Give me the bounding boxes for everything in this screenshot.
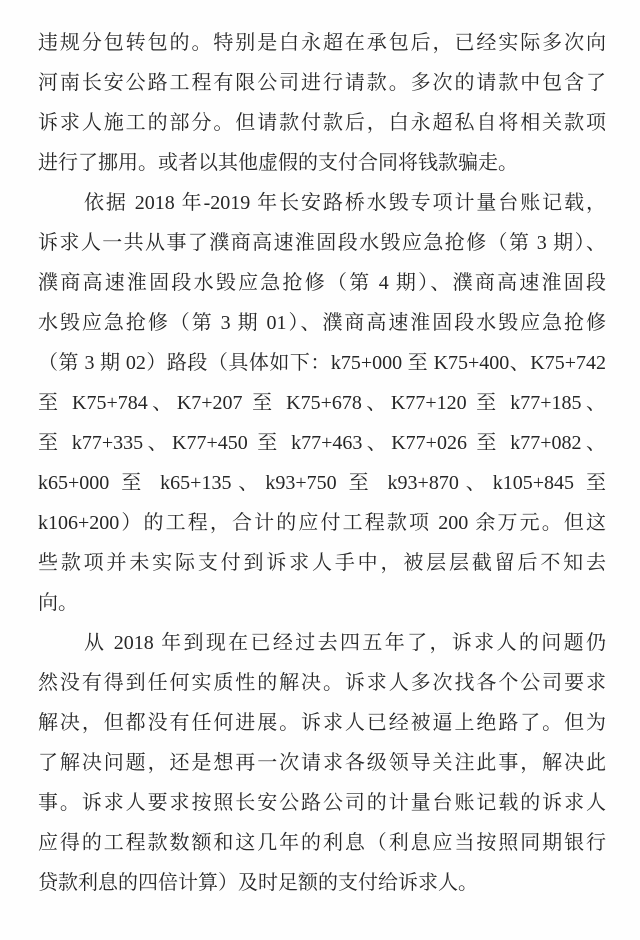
document-line: 诉求人一共从事了濮商高速淮固段水毁应急抢修（第 3 期）、	[38, 223, 606, 263]
paragraph: 违规分包转包的。特别是白永超在承包后，已经实际多次向 河南长安公路工程有限公司进…	[38, 23, 606, 183]
document-line: 贷款利息的四倍计算）及时足额的支付给诉求人。	[38, 863, 606, 903]
document-page: 违规分包转包的。特别是白永超在承包后，已经实际多次向 河南长安公路工程有限公司进…	[0, 0, 640, 940]
document-line: 然没有得到任何实质性的解决。诉求人多次找各个公司要求	[38, 663, 606, 703]
document-line: 些款项并未实际支付到诉求人手中，被层层截留后不知去	[38, 543, 606, 583]
document-line: 至 k77+335、K77+450 至 k77+463、K77+026 至 k7…	[38, 423, 606, 463]
document-line: 解决，但都没有任何进展。诉求人已经被逼上绝路了。但为	[38, 703, 606, 743]
document-line: 从 2018 年到现在已经过去四五年了，诉求人的问题仍	[38, 623, 606, 663]
document-line: 依据 2018 年-2019 年长安路桥水毁专项计量台账记载，	[38, 183, 606, 223]
document-line: 河南长安公路工程有限公司进行请款。多次的请款中包含了	[38, 63, 606, 103]
document-line: 水毁应急抢修（第 3 期 01）、濮商高速淮固段水毁应急抢修	[38, 303, 606, 343]
document-line: 事。诉求人要求按照长安公路公司的计量台账记载的诉求人	[38, 783, 606, 823]
document-line: 违规分包转包的。特别是白永超在承包后，已经实际多次向	[38, 23, 606, 63]
document-line: 诉求人施工的部分。但请款付款后，白永超私自将相关款项	[38, 103, 606, 143]
paragraph: 从 2018 年到现在已经过去四五年了，诉求人的问题仍 然没有得到任何实质性的解…	[38, 623, 606, 903]
document-line: （第 3 期 02）路段（具体如下：k75+000 至 K75+400、K75+…	[38, 343, 606, 383]
document-line: 至 K75+784、K7+207 至 K75+678、K77+120 至 k77…	[38, 383, 606, 423]
document-line: 应得的工程款数额和这几年的利息（利息应当按照同期银行	[38, 823, 606, 863]
paragraph: 依据 2018 年-2019 年长安路桥水毁专项计量台账记载， 诉求人一共从事了…	[38, 183, 606, 623]
document-line: k106+200）的工程，合计的应付工程款项 200 余万元。但这	[38, 503, 606, 543]
document-line: 了解决问题，还是想再一次请求各级领导关注此事，解决此	[38, 743, 606, 783]
document-line: 向。	[38, 583, 606, 623]
document-line: 进行了挪用。或者以其他虚假的支付合同将钱款骗走。	[38, 143, 606, 183]
document-line: k65+000 至 k65+135、k93+750 至 k93+870、k105…	[38, 463, 606, 503]
document-line: 濮商高速淮固段水毁应急抢修（第 4 期）、濮商高速淮固段	[38, 263, 606, 303]
